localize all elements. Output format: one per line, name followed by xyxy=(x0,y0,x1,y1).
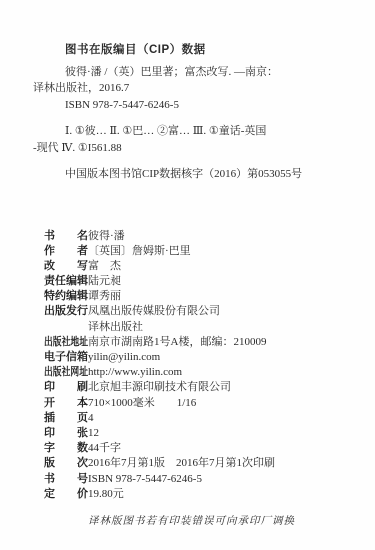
detail-label: 改写 xyxy=(44,259,88,274)
detail-value: 译林出版社 xyxy=(88,320,143,335)
detail-value: yilin@yilin.com xyxy=(88,350,160,365)
detail-label: 电子信箱 xyxy=(44,350,88,365)
detail-label: 印刷 xyxy=(44,380,88,395)
cip-classification-line1: Ⅰ. ①彼… Ⅱ. ①巴… ②富… Ⅲ. ①童话-英国 xyxy=(33,123,355,140)
detail-label: 版次 xyxy=(44,456,88,471)
detail-row: 电子信箱yilin@yilin.com xyxy=(44,350,375,365)
detail-value: 富 杰 xyxy=(88,259,121,274)
detail-row: 版次2016年7月第1版 2016年7月第1次印刷 xyxy=(44,456,375,471)
spacer xyxy=(33,113,355,123)
detail-row: 出版社地址南京市湖南路1号A楼，邮编：210009 xyxy=(44,335,375,350)
details-list: 书名彼得·潘作者〔英国〕詹姆斯·巴里改写富 杰责任编辑陆元昶特约编辑谭秀丽出版发… xyxy=(0,229,375,502)
detail-label: 责任编辑 xyxy=(44,274,88,289)
detail-row: 字数44千字 xyxy=(44,441,375,456)
detail-value: 南京市湖南路1号A楼，邮编：210009 xyxy=(88,335,266,350)
detail-label: 插页 xyxy=(44,411,88,426)
detail-value: 4 xyxy=(88,411,94,426)
cip-block: 图书在版编目（CIP）数据 彼得·潘 /（英）巴里著；富杰改写. —南京： 译林… xyxy=(33,42,355,183)
detail-value: 北京旭丰源印刷技术有限公司 xyxy=(88,380,231,395)
detail-row: 作者〔英国〕詹姆斯·巴里 xyxy=(44,244,375,259)
detail-value: 〔英国〕詹姆斯·巴里 xyxy=(88,244,191,259)
cip-classification-line2: -现代 Ⅳ. ①I561.88 xyxy=(33,140,355,157)
detail-label: 字数 xyxy=(44,441,88,456)
misprint-exchange-notice: 译林版图书若有印装错误可向承印厂调换 xyxy=(88,513,375,528)
detail-row: 出版发行凤凰出版传媒股份有限公司 xyxy=(44,304,375,319)
detail-value: 44千字 xyxy=(88,441,121,456)
detail-row: 开本710×1000毫米 1/16 xyxy=(44,396,375,411)
detail-row: 出版社网址http://www.yilin.com xyxy=(44,365,375,380)
detail-value: 12 xyxy=(88,426,99,441)
detail-label: 作者 xyxy=(44,244,88,259)
detail-row: 印刷北京旭丰源印刷技术有限公司 xyxy=(44,380,375,395)
detail-row: 责任编辑陆元昶 xyxy=(44,274,375,289)
cip-title: 图书在版编目（CIP）数据 xyxy=(65,42,355,59)
detail-value: 19.80元 xyxy=(88,487,124,502)
detail-row: 书号ISBN 978-7-5447-6246-5 xyxy=(44,472,375,487)
detail-row: 译林出版社 xyxy=(44,320,375,335)
detail-label: 印张 xyxy=(44,426,88,441)
spacer xyxy=(33,156,355,166)
detail-row: 特约编辑谭秀丽 xyxy=(44,289,375,304)
detail-value: http://www.yilin.com xyxy=(88,365,182,380)
detail-row: 插页4 xyxy=(44,411,375,426)
detail-value: ISBN 978-7-5447-6246-5 xyxy=(88,472,202,487)
detail-label: 书号 xyxy=(44,472,88,487)
cip-isbn-line: ISBN 978-7-5447-6246-5 xyxy=(33,97,355,114)
detail-label: 开本 xyxy=(44,396,88,411)
cip-description-line1: 彼得·潘 /（英）巴里著；富杰改写. —南京： xyxy=(33,64,355,81)
detail-row: 改写富 杰 xyxy=(44,259,375,274)
cip-record-number: 中国版本图书馆CIP数据核字（2016）第053055号 xyxy=(33,166,355,183)
copyright-page: 图书在版编目（CIP）数据 彼得·潘 /（英）巴里著；富杰改写. —南京： 译林… xyxy=(0,0,375,550)
detail-row: 书名彼得·潘 xyxy=(44,229,375,244)
detail-value: 谭秀丽 xyxy=(88,289,121,304)
detail-row: 印张12 xyxy=(44,426,375,441)
detail-value: 陆元昶 xyxy=(88,274,121,289)
detail-label: 特约编辑 xyxy=(44,289,88,304)
detail-label: 定价 xyxy=(44,487,88,502)
detail-value: 2016年7月第1版 2016年7月第1次印刷 xyxy=(88,456,275,471)
detail-label: 出版社网址 xyxy=(44,365,79,380)
detail-value: 彼得·潘 xyxy=(88,229,125,244)
detail-label: 出版发行 xyxy=(44,304,88,319)
detail-value: 凤凰出版传媒股份有限公司 xyxy=(88,304,220,319)
detail-row: 定价19.80元 xyxy=(44,487,375,502)
detail-value: 710×1000毫米 1/16 xyxy=(88,396,196,411)
detail-label: 书名 xyxy=(44,229,88,244)
cip-description-line2: 译林出版社，2016.7 xyxy=(33,80,355,97)
detail-label: 出版社地址 xyxy=(44,335,79,350)
